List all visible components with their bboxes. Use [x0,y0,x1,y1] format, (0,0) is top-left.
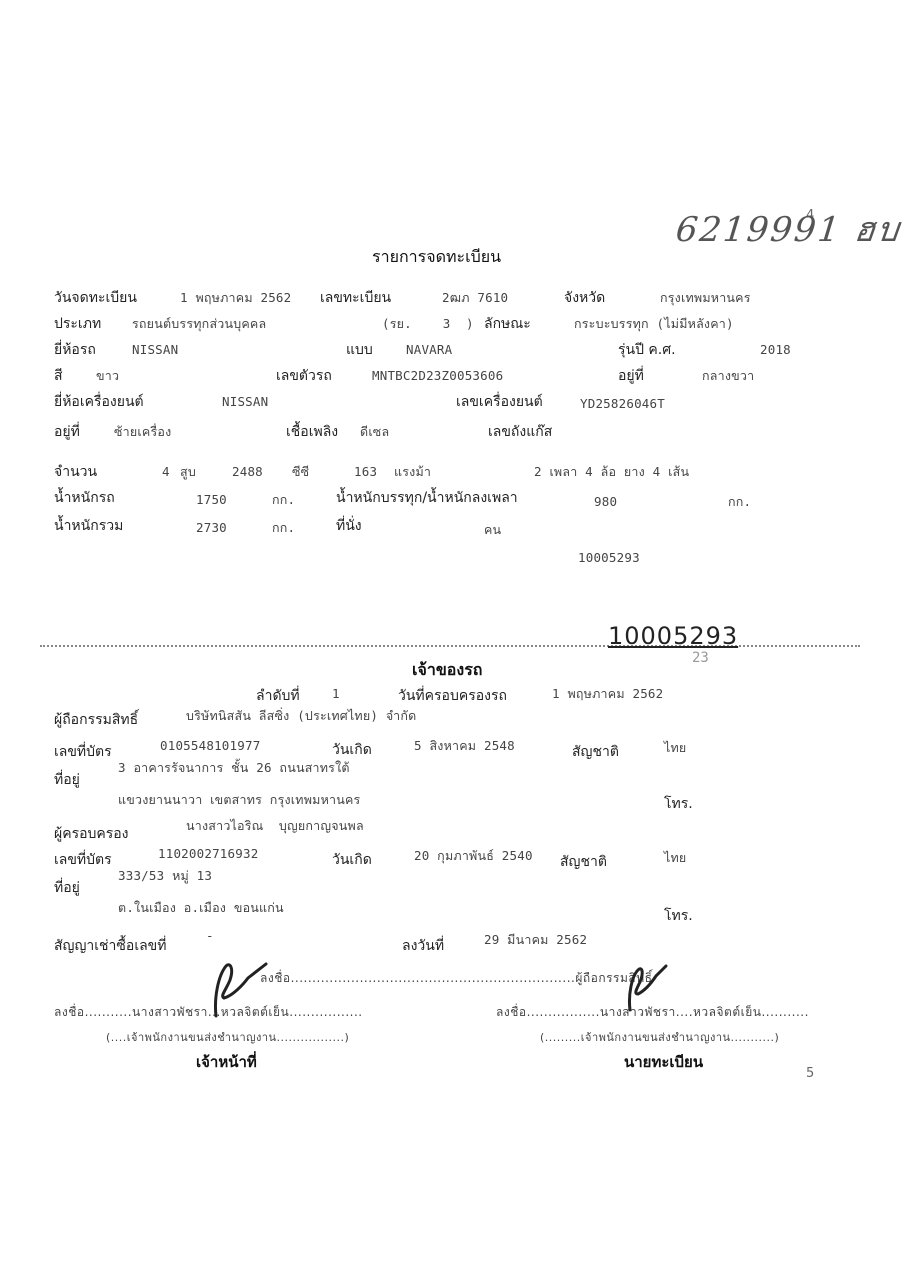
weight-unit: กก. [272,492,295,508]
year-label: รุ่นปี ค.ศ. [618,342,676,358]
model-label: แบบ [346,342,373,358]
weight-label: น้ำหนักรถ [54,490,115,506]
engine-location: ซ้ายเครื่อง [114,424,171,440]
possessor-address-label: ที่อยู่ [54,880,80,896]
registrar-title: นายทะเบียน [624,1054,703,1070]
handwritten-reference: 6219991 ฮบ [675,222,901,238]
chassis-location-label: อยู่ที่ [618,368,644,384]
page-number-bottom: 5 [806,1066,814,1082]
holder-address-line2: แขวงยานนาวา เขตสาทร กรุงเทพมหานคร [118,792,360,808]
possessor-birth-label: วันเกิด [332,852,372,868]
seats-unit: คน [484,522,501,538]
gross-unit: กก. [272,520,295,536]
engine-location-label: อยู่ที่ [54,424,80,440]
registrar-name-line: ลงชื่อ.................นางสาวพัชรา....หว… [496,1004,809,1020]
gross-weight-label: น้ำหนักรวม [54,518,123,534]
gross-weight: 2730 [196,520,227,536]
sign-date: 29 มีนาคม 2562 [484,932,587,948]
possessor-name: นางสาวไอริณ บุญยกาญจนพล [186,818,364,834]
officer-name-line: ลงชื่อ...........นางสาวพัชรา...หวลจิตต์เ… [54,1004,363,1020]
holder-tel-label: โทร. [664,796,693,812]
registration-title: รายการจดทะเบียน [372,249,501,265]
holder-birth-label: วันเกิด [332,742,372,758]
engine-brand: NISSAN [222,394,268,410]
brand-label: ยี่ห้อรถ [54,342,96,358]
brand: NISSAN [132,342,178,358]
possessor-id-label: เลขที่บัตร [54,852,112,868]
possession-date-label: วันที่ครอบครองรถ [398,688,507,704]
officer-title: เจ้าหน้าที่ [196,1054,257,1070]
engine-number-label: เลขเครื่องยนต์ [456,394,543,410]
possessor-nationality-label: สัญชาติ [560,854,607,870]
gas-tank-label: เลขถังแก๊ส [488,424,552,440]
possessor-label: ผู้ครอบครอง [54,826,129,842]
possessor-address-line1: 333/53 หมู่ 13 [118,868,212,884]
divider-number: 10005293 [604,628,742,644]
axles-wheels: 2 เพลา 4 ล้อ ยาง 4 เส้น [534,464,689,480]
seats-label: ที่นั่ง [336,518,362,534]
vehicle-color: ขาว [96,368,119,384]
possession-date: 1 พฤษภาคม 2562 [552,686,663,702]
count-label: จำนวน [54,464,97,480]
load-weight: 980 [594,494,617,510]
model-year: 2018 [760,342,791,358]
holder-address-line1: 3 อาคารรัจนาการ ชั้น 26 ถนนสาทรใต้ [118,760,350,776]
cylinders: 4 [162,464,170,480]
document-number: 10005293 [578,550,640,566]
possessor-birth-date: 20 กุมภาพันธ์ 2540 [414,848,533,864]
holder-birth-date: 5 สิงหาคม 2548 [414,738,515,754]
holder-nationality: ไทย [664,740,686,756]
chassis-number: MNTBC2D23Z0053606 [372,368,503,384]
possessor-tel-label: โทร. [664,908,693,924]
holder-name: บริษัทนิสสัน ลีสซิ่ง (ประเทศไทย) จำกัด [186,708,416,724]
type-code: (รย. 3 ) [382,316,474,332]
hp-unit: แรงม้า [394,464,431,480]
holder-nationality-label: สัญชาติ [572,744,619,760]
reg-date-label: วันจดทะเบียน [54,290,137,306]
contract-label: สัญญาเช่าซื้อเลขที่ [54,938,167,954]
cc-unit: ซีซี [292,464,309,480]
vehicle-type: รถยนต์บรรทุกส่วนบุคคล [132,316,266,332]
officer-position: (....เจ้าพนักงานขนส่งชำนาญงาน...........… [106,1030,349,1046]
sequence-number: 1 [332,686,340,702]
possessor-address-line2: ต.ในเมือง อ.เมือง ขอนแก่น [118,900,284,916]
holder-sign-line: ลงชื่อ..................................… [260,970,652,986]
chassis-location: กลางขวา [702,368,754,384]
character-label: ลักษณะ [484,316,531,332]
engine-cc: 2488 [232,464,263,480]
engine-brand-label: ยี่ห้อเครื่องยนต์ [54,394,144,410]
holder-label: ผู้ถือกรรมสิทธิ์ [54,712,138,728]
fuel-label: เชื้อเพลิง [286,424,338,440]
fuel-type: ดีเซล [360,424,389,440]
chassis-label: เลขตัวรถ [276,368,332,384]
holder-address-label: ที่อยู่ [54,772,80,788]
reg-no: 2ฒภ 7610 [442,290,508,306]
load-unit: กก. [728,494,751,510]
character: กระบะบรรทุก (ไม่มีหลังคา) [574,316,734,332]
cylinders-unit: สูบ [180,464,196,480]
model: NAVARA [406,342,452,358]
province: กรุงเทพมหานคร [660,290,751,306]
possessor-nationality: ไทย [664,850,686,866]
reg-date: 1 พฤษภาคม 2562 [180,290,291,306]
registrar-position: (.........เจ้าพนักงานขนส่งชำนาญงาน......… [540,1030,779,1046]
color-label: สี [54,368,63,384]
holder-id-label: เลขที่บัตร [54,744,112,760]
vehicle-weight: 1750 [196,492,227,508]
province-label: จังหวัด [564,290,605,306]
sequence-label: ลำดับที่ [256,688,300,704]
owner-title: เจ้าของรถ [412,662,482,678]
load-label: น้ำหนักบรรทุก/น้ำหนักลงเพลา [336,490,518,506]
holder-id: 0105548101977 [160,738,260,754]
divider-sub-mark: 23 [692,650,709,666]
engine-number: YD25826046T [580,396,665,412]
reg-no-label: เลขทะเบียน [320,290,391,306]
contract-number: - [206,928,214,944]
horsepower: 163 [354,464,377,480]
possessor-id: 1102002716932 [158,846,258,862]
sign-date-label: ลงวันที่ [402,938,444,954]
type-label: ประเภท [54,316,101,332]
